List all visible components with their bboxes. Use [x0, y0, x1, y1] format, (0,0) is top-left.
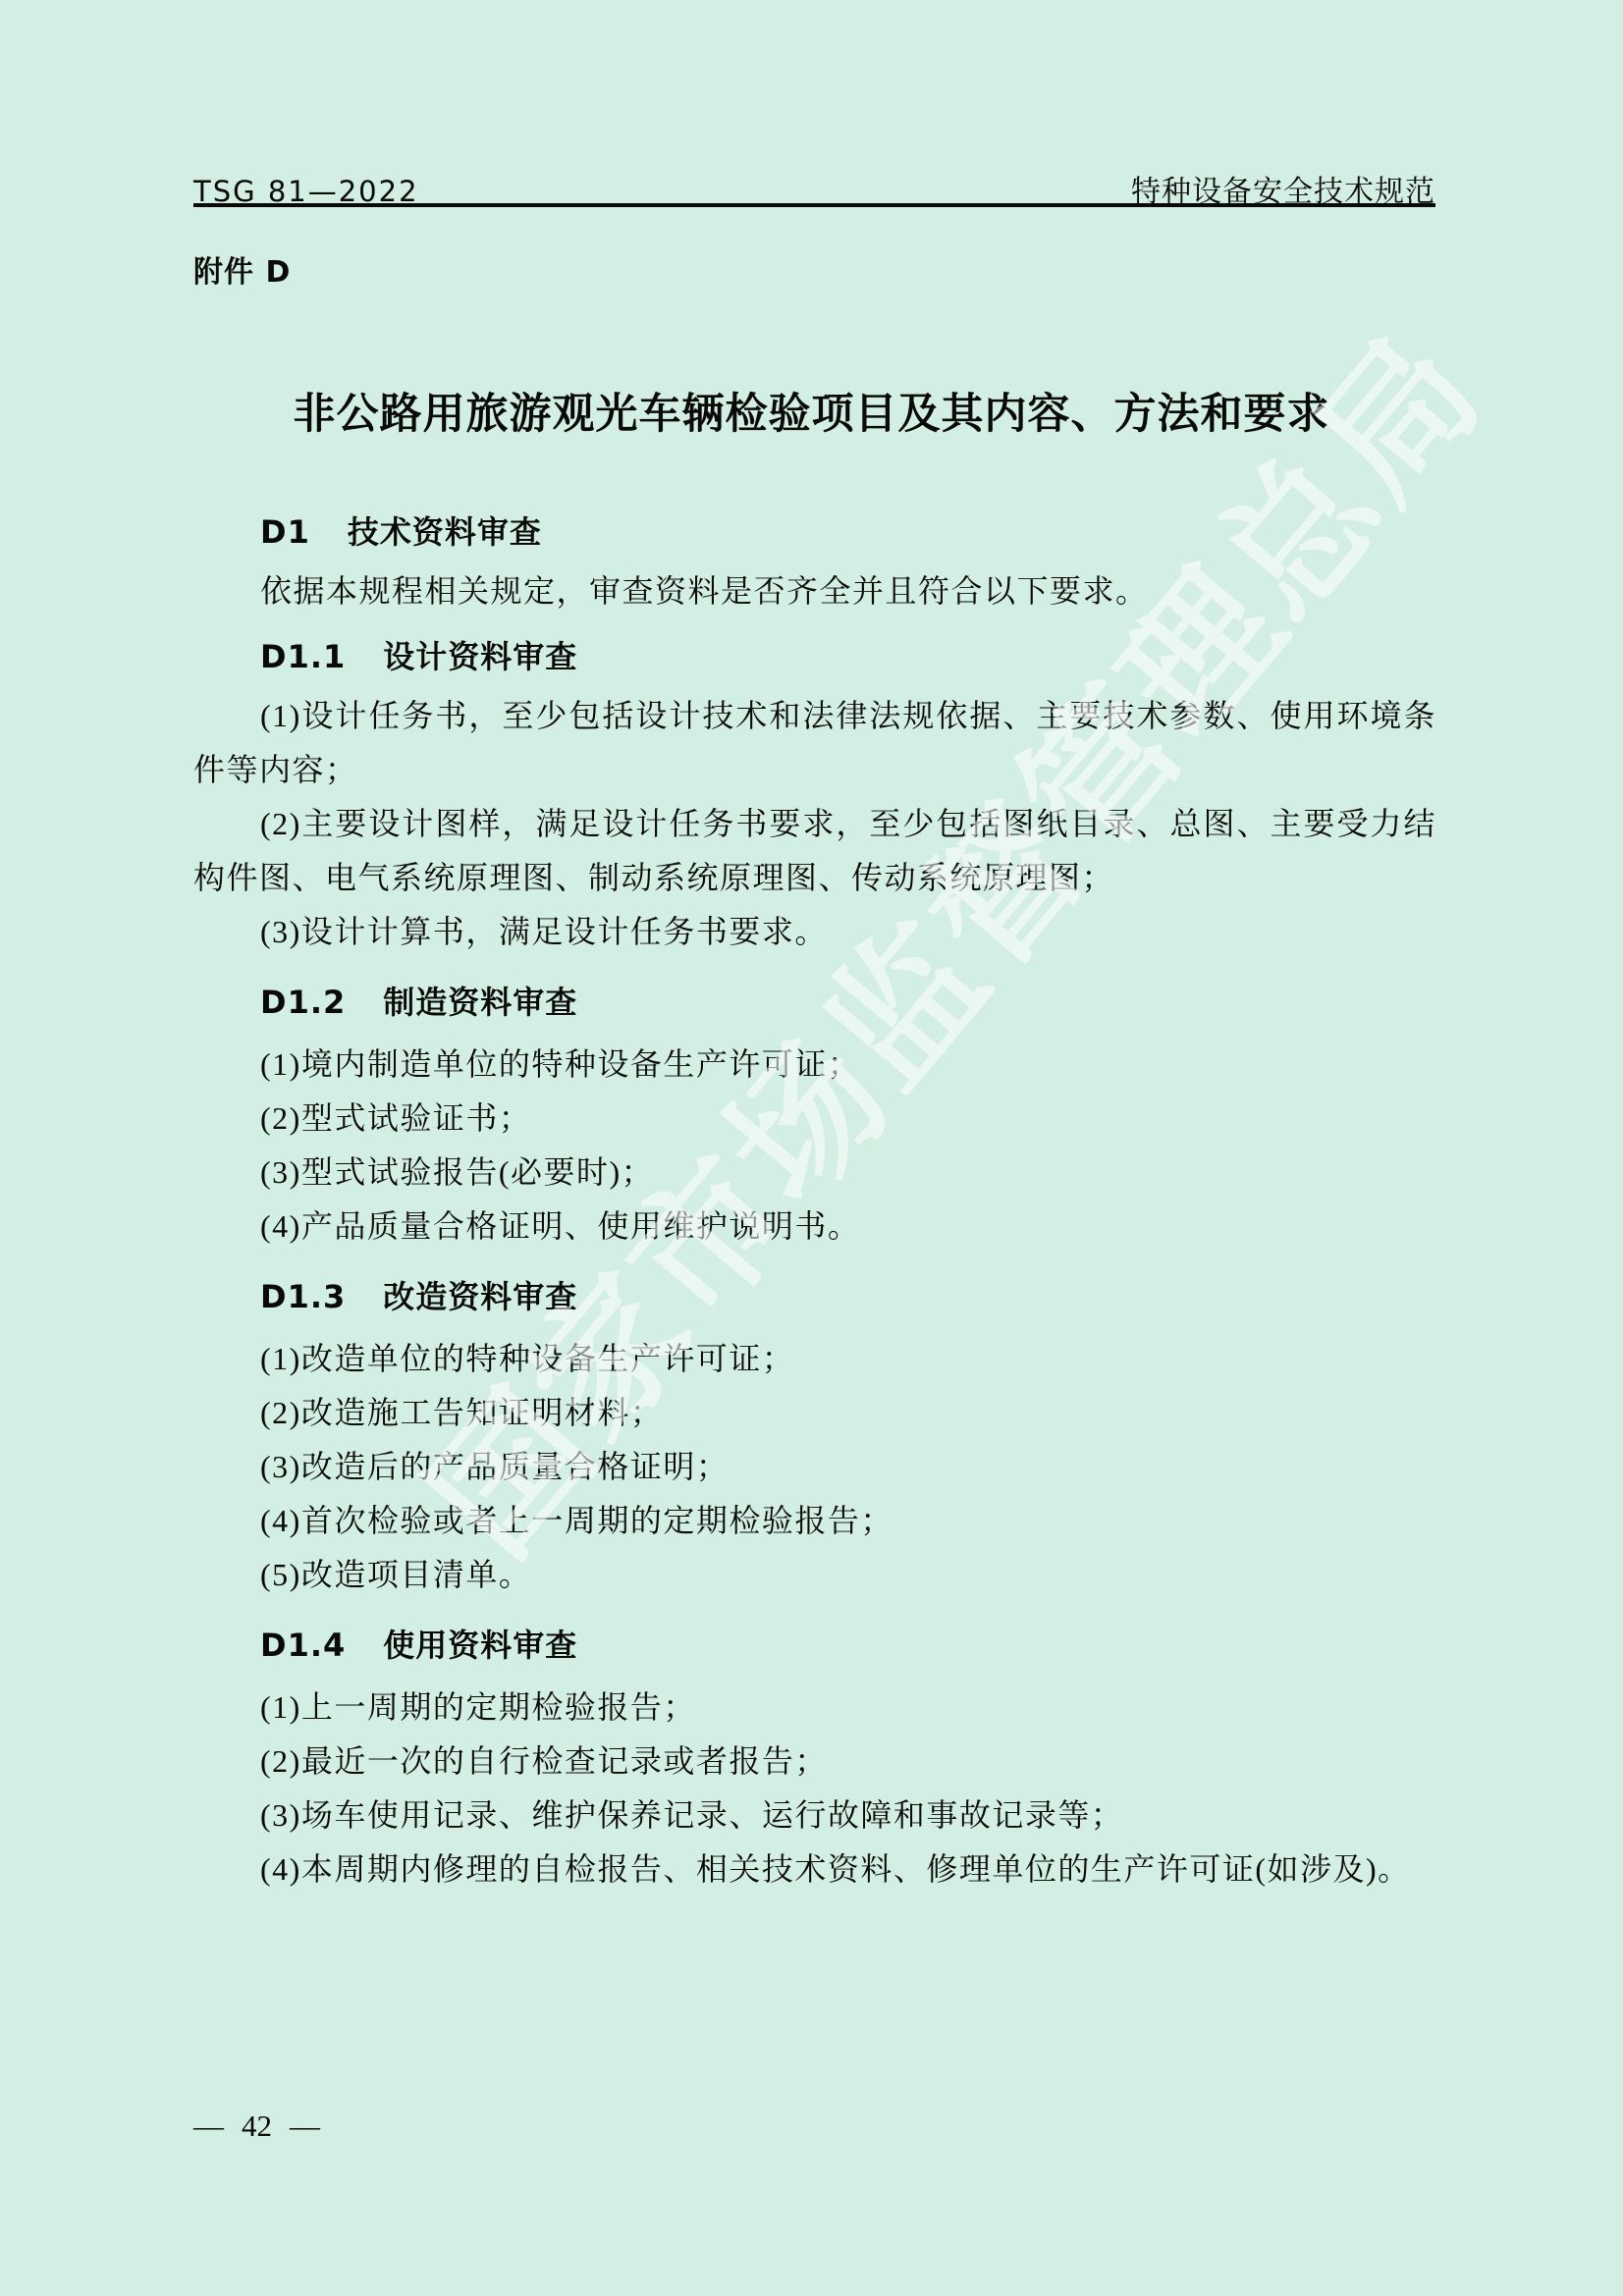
list-item: (3)型式试验报告(必要时)； [193, 1146, 1436, 1200]
subsection-number: D1.2 [260, 984, 346, 1021]
subsection-title: 改造资料审查 [383, 1278, 577, 1315]
list-item: (2)最近一次的自行检查记录或者报告； [193, 1735, 1436, 1789]
list-item: (3)设计计算书，满足设计任务书要求。 [193, 905, 1436, 959]
section-title: 技术资料审查 [348, 513, 542, 551]
document-page: TSG 81—2022 特种设备安全技术规范 附件 D 非公路用旅游观光车辆检验… [0, 0, 1623, 2296]
list-item: (2)改造施工告知证明材料； [193, 1386, 1436, 1440]
subsection-heading: D1.4使用资料审查 [193, 1619, 1436, 1673]
subsection-title: 使用资料审查 [383, 1627, 577, 1664]
list-item: (5)改造项目清单。 [193, 1548, 1436, 1602]
subsection-number: D1.1 [260, 638, 346, 675]
header-rule [193, 203, 1435, 207]
page-footer: — 42 — [193, 2109, 320, 2144]
list-item: (2)主要设计图样，满足设计任务书要求，至少包括图纸目录、总图、主要受力结构件图… [193, 797, 1436, 905]
subsection-number: D1.3 [260, 1278, 346, 1315]
section-intro: 依据本规程相关规定，审查资料是否齐全并且符合以下要求。 [193, 564, 1436, 618]
subsection-heading: D1.1设计资料审查 [193, 630, 1436, 684]
subsection-heading: D1.2制造资料审查 [193, 976, 1436, 1030]
list-item: (1)上一周期的定期检验报告； [193, 1681, 1436, 1735]
section-number: D1 [260, 513, 310, 551]
page-number: 42 [242, 2109, 272, 2144]
list-item: (2)型式试验证书； [193, 1092, 1436, 1146]
list-item: (1)设计任务书，至少包括设计技术和法律法规依据、主要技术参数、使用环境条件等内… [193, 689, 1436, 797]
footer-dash-left: — [193, 2109, 224, 2144]
footer-dash-right: — [290, 2109, 320, 2144]
document-body: D1技术资料审查依据本规程相关规定，审查资料是否齐全并且符合以下要求。D1.1设… [193, 503, 1436, 1896]
list-item: (1)境内制造单位的特种设备生产许可证； [193, 1038, 1436, 1092]
list-item: (1)改造单位的特种设备生产许可证； [193, 1332, 1436, 1386]
subsection-heading: D1.3改造资料审查 [193, 1270, 1436, 1324]
document-title: 非公路用旅游观光车辆检验项目及其内容、方法和要求 [0, 381, 1623, 441]
list-item: (3)场车使用记录、维护保养记录、运行故障和事故记录等； [193, 1789, 1436, 1842]
list-item: (4)产品质量合格证明、使用维护说明书。 [193, 1200, 1436, 1254]
subsection-title: 设计资料审查 [383, 638, 577, 675]
section-heading: D1技术资料审查 [193, 506, 1436, 560]
list-item: (4)首次检验或者上一周期的定期检验报告； [193, 1494, 1436, 1548]
list-item: (4)本周期内修理的自检报告、相关技术资料、修理单位的生产许可证(如涉及)。 [193, 1842, 1436, 1896]
subsection-title: 制造资料审查 [383, 984, 577, 1021]
appendix-label: 附件 D [193, 247, 291, 291]
subsection-number: D1.4 [260, 1627, 346, 1664]
list-item: (3)改造后的产品质量合格证明； [193, 1440, 1436, 1494]
